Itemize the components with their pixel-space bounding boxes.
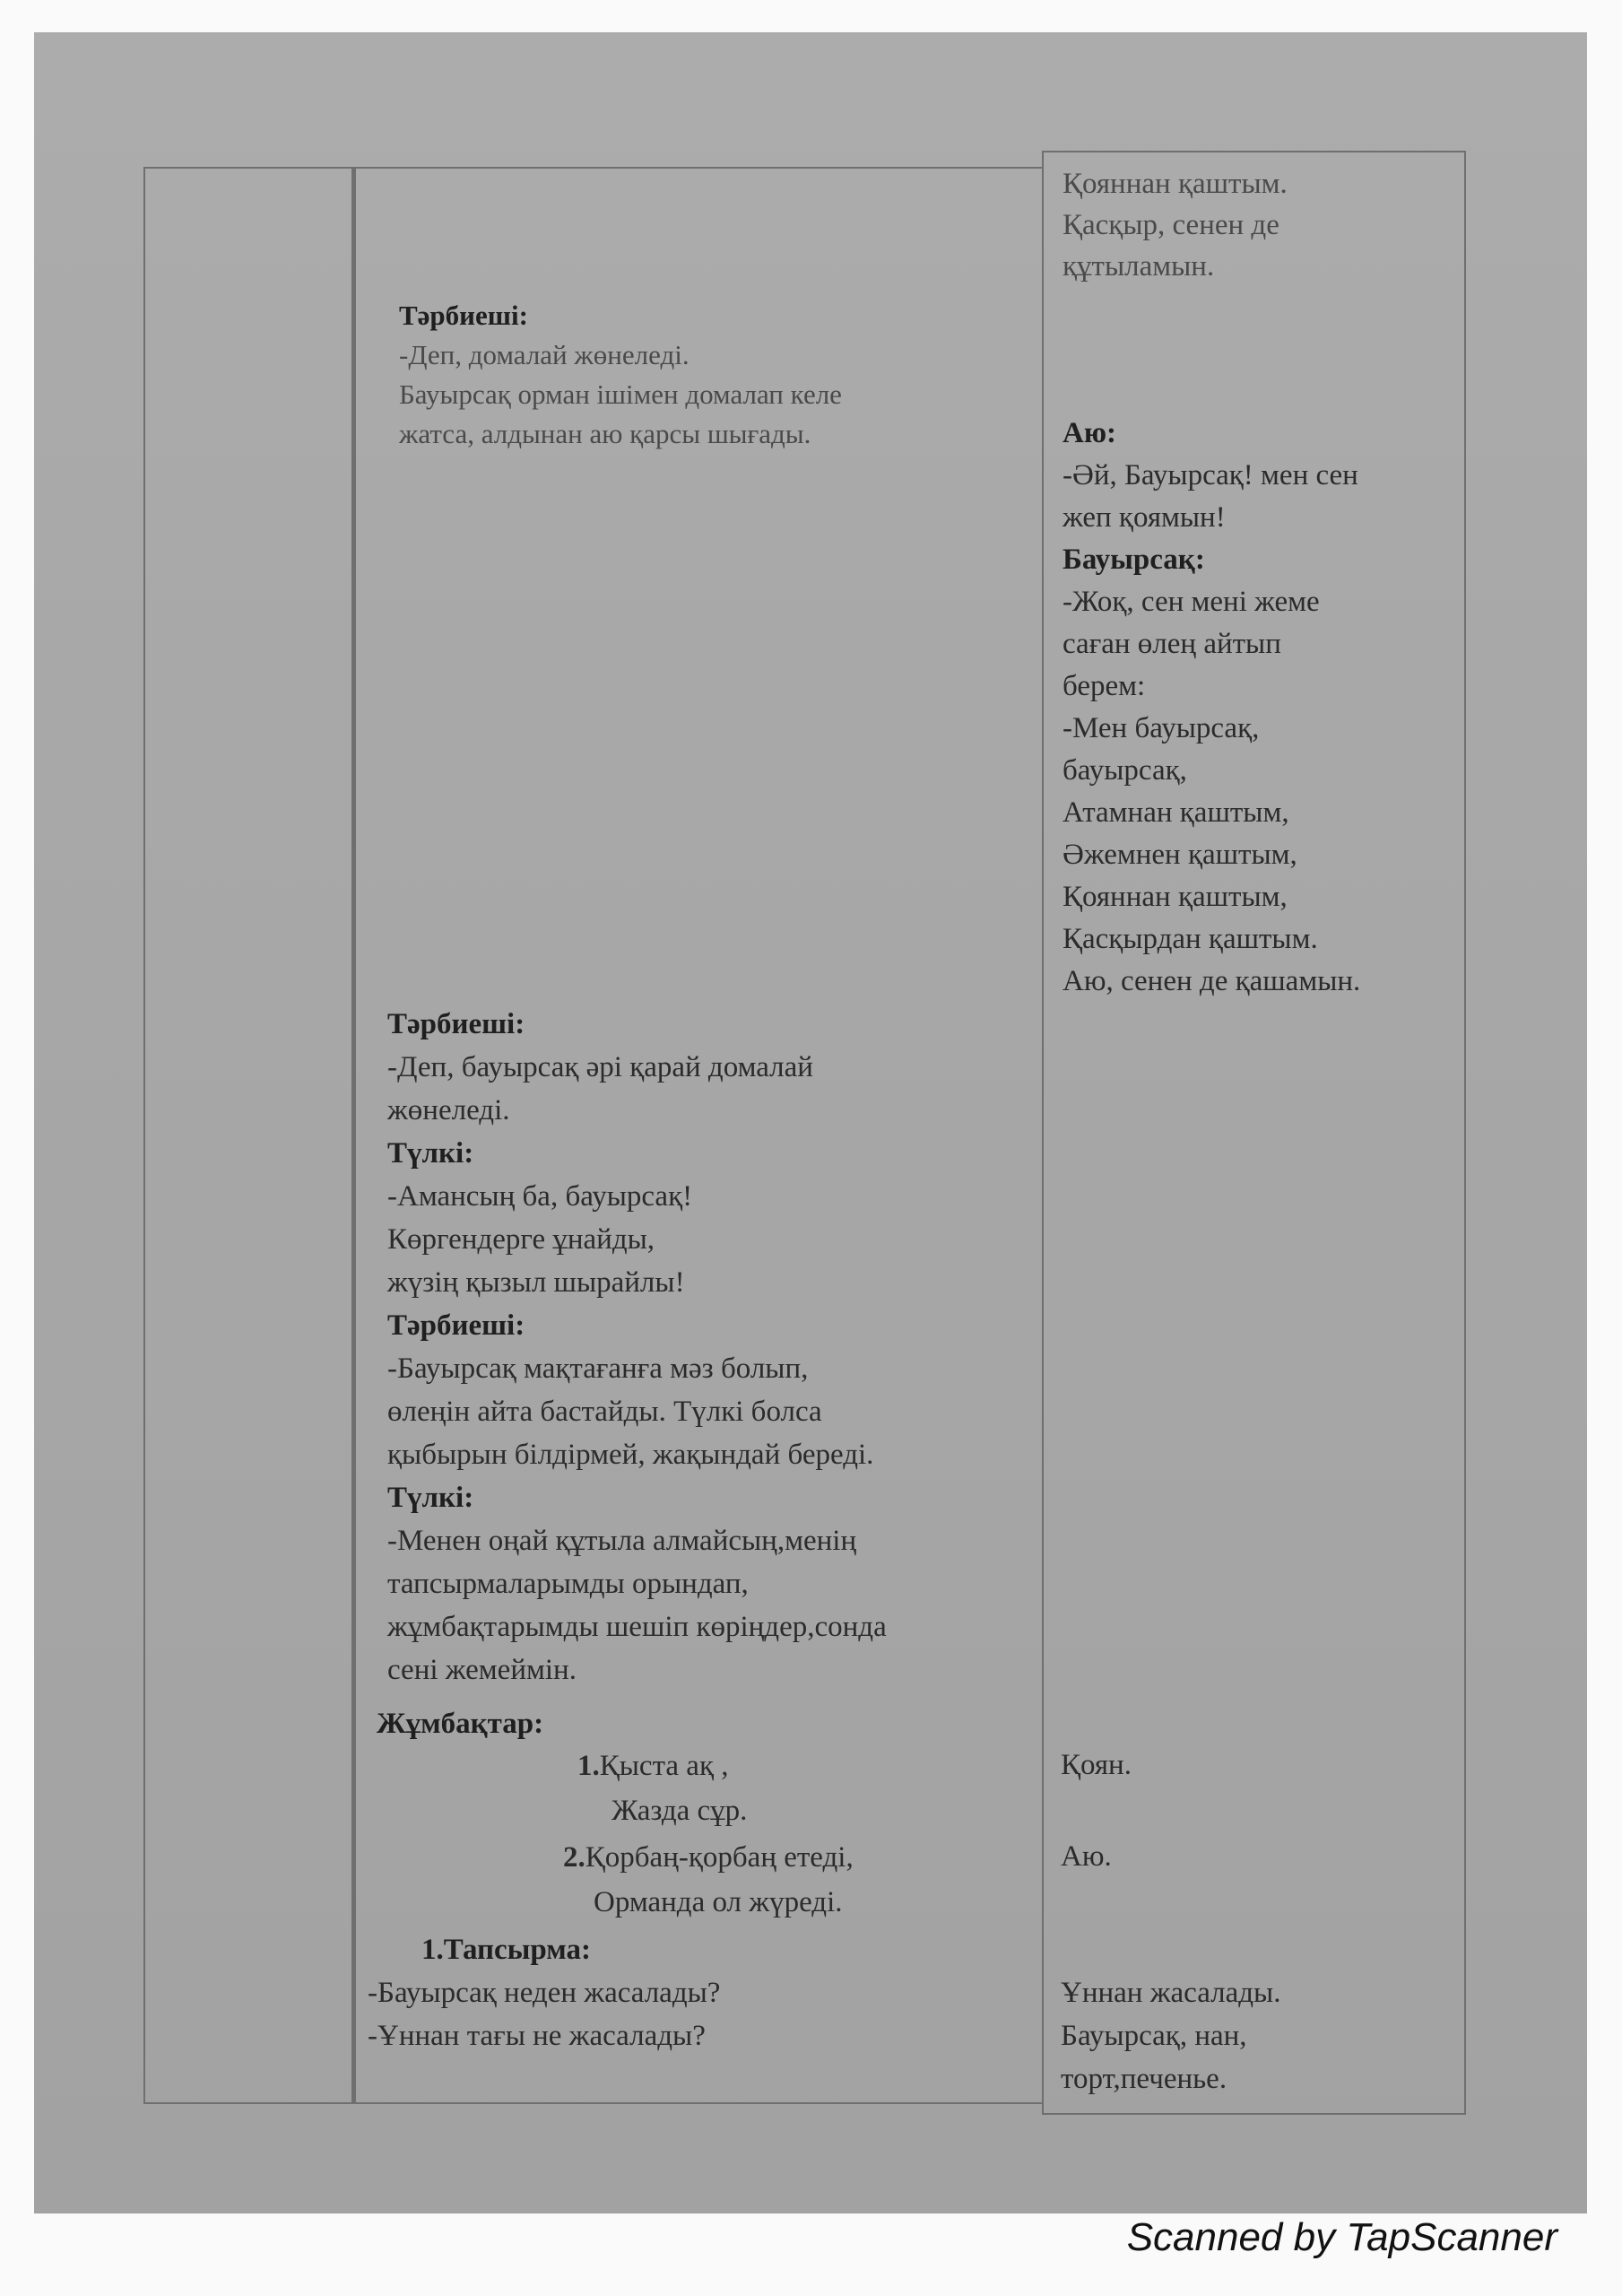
text-line: Бауырсақ орман ішімен домалап келе xyxy=(399,375,842,414)
text-line: Қояннан қаштым, xyxy=(1063,876,1360,918)
text-line: -Жоқ, сен мені жеме xyxy=(1063,581,1360,623)
speaker-label: Тәрбиеші: xyxy=(387,1304,1028,1347)
answer: Бауырсақ, нан, xyxy=(1061,2014,1280,2057)
word: орындап, xyxy=(632,1568,749,1600)
riddle-line: Қыста ақ , xyxy=(600,1750,729,1782)
text-line: берем: xyxy=(1063,665,1360,708)
riddle-1: 1.Қыста ақ , Жазда сұр. xyxy=(577,1744,747,1833)
text-line: Әжемнен қаштым, xyxy=(1063,834,1360,876)
speaker-label: Бауырсақ: xyxy=(1063,539,1360,581)
word: өлеңін xyxy=(387,1396,470,1428)
word: -Бауырсақ xyxy=(387,1352,516,1385)
word: Түлкі xyxy=(673,1396,743,1428)
word: мақтағанға xyxy=(524,1352,663,1385)
riddles-section: Жұмбақтар: xyxy=(377,1702,543,1745)
mid-block-dialogue-2: Тәрбиеші: -Деп, бауырсақ әрі қарай домал… xyxy=(387,1003,1028,1692)
table-column-left xyxy=(143,167,356,2104)
speaker-label: Аю: xyxy=(1063,413,1360,455)
word: алмайсың,менің xyxy=(653,1525,856,1557)
text-line: Қояннан қаштым. xyxy=(1063,163,1288,204)
right-cell-dialogue: Аю: -Әй, Бауырсақ! мен сен жеп қоямын! Б… xyxy=(1063,413,1360,1003)
task-answers: Ұннан жасалады. Бауырсақ, нан, торт,пече… xyxy=(1061,1971,1280,2100)
text-line: Көргендерге ұнайды, xyxy=(387,1218,1028,1261)
word: мәз xyxy=(670,1352,714,1385)
text-line: -Деп, домалай жөнеледі. xyxy=(399,335,842,375)
answer: торт,печенье. xyxy=(1061,2057,1280,2100)
text-line: жатса, алдынан аю қарсы шығады. xyxy=(399,414,842,454)
riddle-line: Жазда сұр. xyxy=(577,1788,747,1833)
question: -Ұннан тағы не жасалады? xyxy=(368,2014,720,2057)
text-line: Аю, сенен де қашамын. xyxy=(1063,961,1360,1003)
task-questions: -Бауырсақ неден жасалады? -Ұннан тағы не… xyxy=(368,1971,720,2057)
mid-block-narration-1: Тәрбиеші: -Деп, домалай жөнеледі. Бауырс… xyxy=(399,296,842,454)
riddle-line: Орманда ол жүреді. xyxy=(563,1880,854,1925)
word: тапсырмаларымды xyxy=(387,1568,625,1600)
justified-line: өлеңін айта бастайды. Түлкі болса xyxy=(387,1390,1028,1433)
justified-line: -Бауырсақ мақтағанға мәз болып, xyxy=(387,1347,1028,1390)
task-heading: 1.Тапсырма: xyxy=(421,1928,591,1971)
question: -Бауырсақ неден жасалады? xyxy=(368,1971,720,2014)
text-line: Қасқырдан қаштым. xyxy=(1063,918,1360,961)
word: болып, xyxy=(721,1352,808,1385)
text-line: бауырсақ, xyxy=(1063,750,1360,792)
text-line: Атамнан қаштым, xyxy=(1063,792,1360,834)
text-line: құтыламын. xyxy=(1063,246,1288,287)
answer: Ұннан жасалады. xyxy=(1061,1971,1280,2014)
speaker-label: Түлкі: xyxy=(387,1476,1028,1519)
text-line: -Мен бауырсақ, xyxy=(1063,708,1360,750)
word: бастайды. xyxy=(540,1396,665,1428)
text-line: -Әй, Бауырсақ! мен сен xyxy=(1063,455,1360,497)
speaker-label: Тәрбиеші: xyxy=(399,296,842,335)
riddle-number: 1. xyxy=(577,1750,600,1782)
scanner-watermark: Scanned by TapScanner xyxy=(1127,2215,1557,2260)
text-line: қыбырын білдірмей, жақындай береді. xyxy=(387,1433,1028,1476)
word: болса xyxy=(751,1396,822,1428)
word: айта xyxy=(477,1396,533,1428)
riddle-line: Қорбаң-қорбаң етеді, xyxy=(585,1841,854,1874)
text-line: жеп қоямын! xyxy=(1063,497,1360,539)
text-line: жөнеледі. xyxy=(387,1089,1028,1132)
text-line: -Деп, бауырсақ әрі қарай домалай xyxy=(387,1046,1028,1089)
justified-line: тапсырмаларымды орындап, xyxy=(387,1562,1028,1605)
speaker-label: Тәрбиеші: xyxy=(387,1003,1028,1046)
text-line: сені жемеймін. xyxy=(387,1648,1028,1692)
text-line: -Амансың ба, бауырсақ! xyxy=(387,1175,1028,1218)
word: оңай xyxy=(489,1525,548,1557)
text-line: жұмбақтарымды шешіп көріңдер,сонда xyxy=(387,1605,1028,1648)
speaker-label: Түлкі: xyxy=(387,1132,1028,1175)
text-line: жүзің қызыл шырайлы! xyxy=(387,1261,1028,1304)
word: -Менен xyxy=(387,1525,481,1557)
riddle-answer: Аю. xyxy=(1061,1835,1112,1878)
word: құтыла xyxy=(555,1525,645,1557)
riddles-heading: Жұмбақтар: xyxy=(377,1702,543,1745)
justified-line: -Менен оңай құтыла алмайсың,менің xyxy=(387,1519,1028,1562)
riddle-answer: Қоян. xyxy=(1061,1744,1132,1787)
text-line: саған өлең айтып xyxy=(1063,623,1360,665)
right-cell-top: Қояннан қаштым. Қасқыр, сенен де құтылам… xyxy=(1063,163,1288,287)
text-line: Қасқыр, сенен де xyxy=(1063,204,1288,246)
riddle-2: 2.Қорбаң-қорбаң етеді, Орманда ол жүреді… xyxy=(563,1835,854,1925)
riddle-number: 2. xyxy=(563,1841,585,1874)
